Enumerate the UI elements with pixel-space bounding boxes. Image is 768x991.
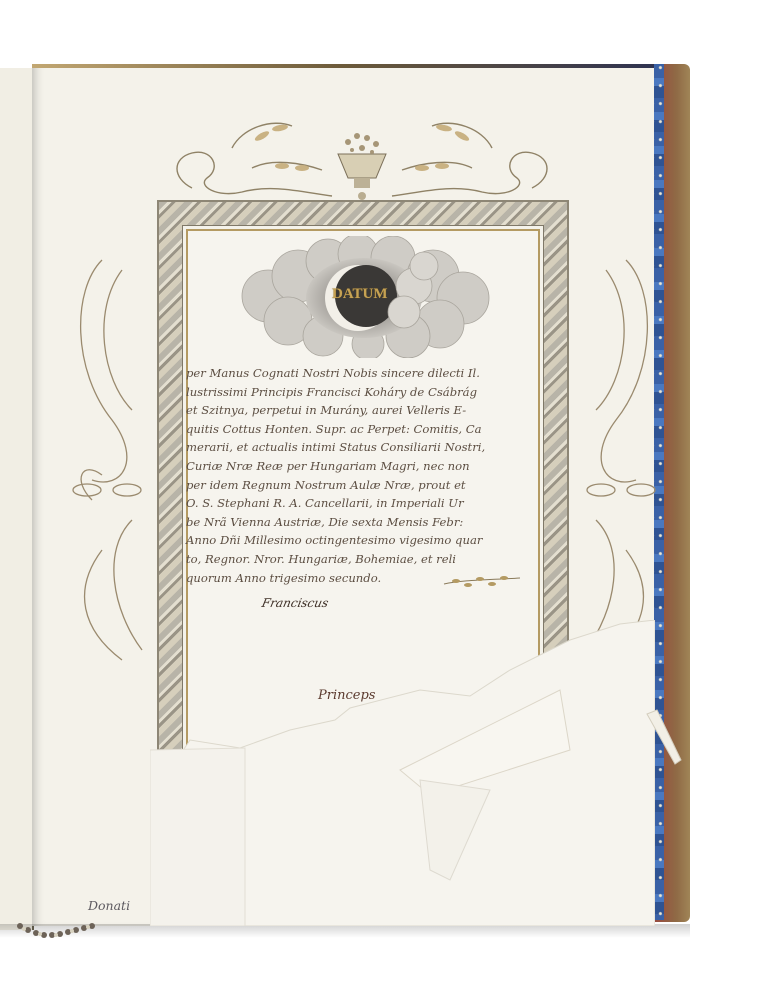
text-line: Curiæ Nræ Reæ per Hungariam Magri, nec n… [186,457,538,476]
text-line: per Manus Cognati Nostri Nobis sincere d… [186,364,538,383]
text-line: merarii, et actualis intimi Status Consi… [186,438,538,457]
text-line: to, Regnor. Nror. Hungariæ, Bohemiae, et… [186,550,538,569]
text-line: Anno Dñi Millesimo octingentesimo vigesi… [186,531,538,550]
floral-basket-ornament-icon [162,108,562,204]
left-calligraphic-flourish-icon [62,250,162,670]
text-line: lustrissimi Principis Francisci Koháry d… [186,383,538,402]
text-line: et Szitnya, perpetui in Murány, aurei Ve… [186,401,538,420]
datum-label: DATUM [332,286,398,303]
margin-note: Donati [88,898,130,913]
text-line: quitis Cottus Honten. Supr. ac Perpet: C… [186,420,538,439]
text-line: O. S. Stephani R. A. Cancellarii, in Imp… [186,494,538,513]
right-calligraphic-flourish-icon [566,250,666,670]
page-top-gilt-edge [32,64,654,68]
countersignature: Princeps [318,688,375,703]
text-line: per idem Regnum Nostrum Aulæ Nræ, prout … [186,476,538,495]
torn-paper-overlay [150,620,655,926]
book-shadow [0,924,690,938]
sovereign-signature: Franciscus [261,596,330,610]
text-line: be Nrã Vienna Austriæ, Die sexta Mensis … [186,513,538,532]
left-page-edge [0,68,34,930]
paper-tab-icon [645,708,685,768]
charter-body-text: per Manus Cognati Nostri Nobis sincere d… [186,364,538,587]
laurel-sprig-icon [442,572,522,590]
braided-cord-icon [14,922,96,940]
